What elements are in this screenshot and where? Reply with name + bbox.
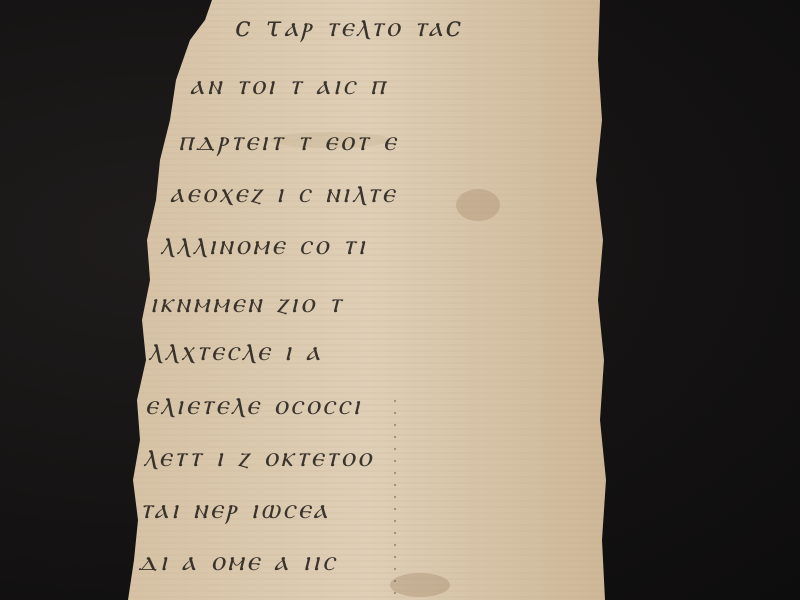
- text-line: ⲗⲗⲭⲧⲉⲥⲗⲉ ⲓ ⲁ: [148, 334, 323, 368]
- text-line-content: ⲧⲁⲓ ⲛⲉⲣ ⲓⲱⲥⲉⲁ: [140, 492, 330, 525]
- text-line-content: ⲗⲗⲭⲧⲉⲥⲗⲉ ⲓ ⲁ: [148, 334, 323, 367]
- text-line-content: ⲇⲓ ⲁ ⲟⲙⲉ ⲁ ⲓⲓⲥ: [138, 544, 337, 577]
- text-line: ϲ τⲁⲣ ⲧⲉⲗⲧⲟ ⲧⲁϲ: [235, 10, 464, 44]
- papyrus-fragment: [0, 0, 800, 600]
- text-line-content: ⲗⲉⲧⲧ ⲓ ⲍ ⲟⲕⲧⲉⲧⲟⲟ: [143, 440, 374, 473]
- text-line-content: ⲁⲉⲟⲭⲉⲍ ⲓ ⲥ ⲛⲓⲗⲧⲉ: [170, 176, 397, 209]
- stain: [456, 189, 500, 221]
- text-line-content: ϲ τⲁⲣ ⲧⲉⲗⲧⲟ ⲧⲁϲ: [235, 10, 464, 43]
- text-line: ⲉⲗⲓⲉⲧⲉⲗⲉ ⲟⲥⲟⲥⲥⲓ: [145, 388, 362, 422]
- text-line: ⲗⲉⲧⲧ ⲓ ⲍ ⲟⲕⲧⲉⲧⲟⲟ: [143, 440, 374, 474]
- text-line-content: ⲉⲗⲓⲉⲧⲉⲗⲉ ⲟⲥⲟⲥⲥⲓ: [145, 388, 362, 421]
- text-line: ⲡⲇⲣⲧⲉⲓⲧ ⲧ ⲉⲟⲧ ⲉ: [178, 124, 398, 158]
- text-line: ⲧⲁⲓ ⲛⲉⲣ ⲓⲱⲥⲉⲁ: [140, 492, 330, 526]
- text-line: ⲓⲕⲛⲙⲙⲉⲛ ⲍⲓⲟ ⲧ: [150, 286, 344, 320]
- text-line-content: ⲗⲗⲗⲓⲛⲟⲙⲉ ⲥⲟ ⲧⲓ: [160, 228, 368, 261]
- stain: [390, 573, 450, 597]
- text-line-content: ⲡⲇⲣⲧⲉⲓⲧ ⲧ ⲉⲟⲧ ⲉ: [178, 124, 398, 157]
- text-line: ⲗⲗⲗⲓⲛⲟⲙⲉ ⲥⲟ ⲧⲓ: [160, 228, 368, 262]
- text-line-content: ⲁⲛ ⲧⲟⲓ ⲧ ⲁⲓⲥ ⲡ: [190, 68, 388, 101]
- text-line: ⲁⲛ ⲧⲟⲓ ⲧ ⲁⲓⲥ ⲡ: [190, 68, 388, 102]
- text-line: ⲇⲓ ⲁ ⲟⲙⲉ ⲁ ⲓⲓⲥ: [138, 544, 337, 578]
- text-line: ⲁⲉⲟⲭⲉⲍ ⲓ ⲥ ⲛⲓⲗⲧⲉ: [170, 176, 397, 210]
- text-line-content: ⲓⲕⲛⲙⲙⲉⲛ ⲍⲓⲟ ⲧ: [150, 286, 344, 319]
